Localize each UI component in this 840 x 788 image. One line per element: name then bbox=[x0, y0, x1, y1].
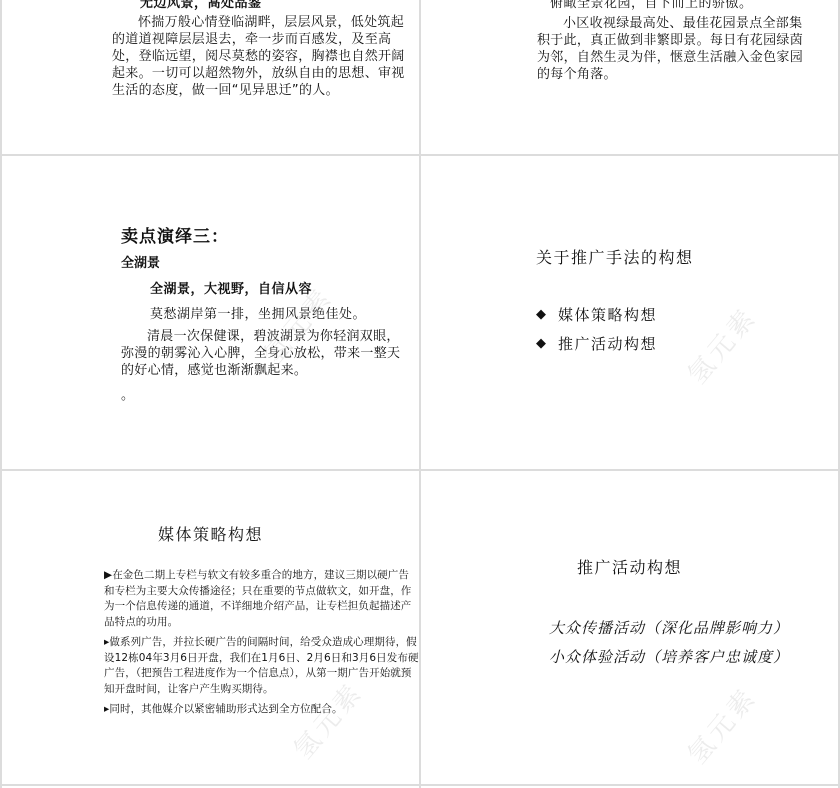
slide-top-right[interactable]: 俯瞰全景花园，自下而上的骄傲。 小区收视绿最高处、最佳花园景点全部集积于此，真正… bbox=[421, 0, 838, 154]
slide-title: 关于推广手法的构想 bbox=[536, 245, 694, 268]
slide-promotion-methods[interactable]: 关于推广手法的构想 ◆ 媒体策略构想 ◆ 推广活动构想 氢元素 bbox=[421, 156, 838, 469]
activity-list: 大众传播活动（深化品牌影响力） 小众体验活动（培养客户忠诚度） bbox=[549, 614, 789, 672]
paragraph: ▸做系列广告，并拉长硬广告的间隔时间，给受众造成心理期待，假设12栋04年3月6… bbox=[104, 635, 419, 697]
slide-heading: 俯瞰全景花园，自下而上的骄傲。 bbox=[550, 0, 753, 11]
paragraph-text: 在金色二期上专栏与软文有较多重合的地方，建议三期以硬广告和专栏为主要大众传播途径… bbox=[104, 569, 411, 628]
slide-body: 小区收视绿最高处、最佳花园景点全部集积于此，真正做到非繁即景。每日有花园绿茵为邻… bbox=[537, 15, 807, 83]
tagline: 全湖景，大视野，自信从容 bbox=[150, 278, 312, 297]
slide-subtitle: 全湖景 bbox=[121, 252, 160, 271]
paragraph: ▸同时，其他媒介以紧密辅助形式达到全方位配合。 bbox=[104, 702, 419, 718]
highlight-line: 莫愁湖岸第一排，坐拥风景绝佳处。 bbox=[150, 303, 366, 322]
paragraph: ▶在金色二期上专栏与软文有较多重合的地方，建议三期以硬广告和专栏为主要大众传播途… bbox=[104, 568, 419, 630]
watermark: 氢元素 bbox=[678, 678, 764, 771]
trailing-mark: 。 bbox=[121, 384, 134, 403]
slide-media-strategy[interactable]: 媒体策略构想 ▶在金色二期上专栏与软文有较多重合的地方，建议三期以硬广告和专栏为… bbox=[2, 471, 419, 784]
bullet-item-media-strategy: ◆ 媒体策略构想 bbox=[536, 300, 657, 329]
diamond-bullet-icon: ◆ bbox=[536, 336, 558, 351]
bullet-label: 媒体策略构想 bbox=[558, 304, 657, 325]
slide-body: 怀揣万般心情登临湖畔，层层风景，低处筑起的道道视障层层退去，牵一步而百感发，及至… bbox=[112, 14, 410, 99]
bullet-label: 推广活动构想 bbox=[558, 333, 657, 354]
paragraph-text: 同时，其他媒介以紧密辅助形式达到全方位配合。 bbox=[109, 703, 342, 715]
bullet-item-promotion-activities: ◆ 推广活动构想 bbox=[536, 329, 657, 358]
slide-promotion-activities[interactable]: 推广活动构想 大众传播活动（深化品牌影响力） 小众体验活动（培养客户忠诚度） 氢… bbox=[421, 471, 838, 784]
slide-heading: 无边风景，高处品鉴 bbox=[140, 0, 262, 11]
slide-body: ▶在金色二期上专栏与软文有较多重合的地方，建议三期以硬广告和专栏为主要大众传播途… bbox=[104, 568, 419, 723]
slide-title: 卖点演绎三： bbox=[121, 222, 229, 247]
watermark: 氢元素 bbox=[678, 298, 764, 391]
slide-title: 媒体策略构想 bbox=[2, 522, 419, 545]
activity-mass-communication: 大众传播活动（深化品牌影响力） bbox=[549, 614, 789, 643]
slide-body: 清晨一次保健课，碧波湖景为你轻润双眼，弥漫的朝雾沁入心脾，全身心放松，带来一整天… bbox=[121, 328, 411, 379]
diamond-bullet-icon: ◆ bbox=[536, 307, 558, 322]
slide-selling-point-three[interactable]: 卖点演绎三： 全湖景 全湖景，大视野，自信从容 莫愁湖岸第一排，坐拥风景绝佳处。… bbox=[2, 156, 419, 469]
slide-top-left[interactable]: 无边风景，高处品鉴 怀揣万般心情登临湖畔，层层风景，低处筑起的道道视障层层退去，… bbox=[2, 0, 419, 154]
triangle-bullet-icon: ▶ bbox=[104, 569, 112, 581]
paragraph-text: 做系列广告，并拉长硬广告的间隔时间，给受众造成心理期待，假设12栋04年3月6日… bbox=[104, 636, 419, 695]
activity-niche-experience: 小众体验活动（培养客户忠诚度） bbox=[549, 643, 789, 672]
bullet-list: ◆ 媒体策略构想 ◆ 推广活动构想 bbox=[536, 300, 657, 358]
slide-title: 推广活动构想 bbox=[421, 555, 838, 578]
